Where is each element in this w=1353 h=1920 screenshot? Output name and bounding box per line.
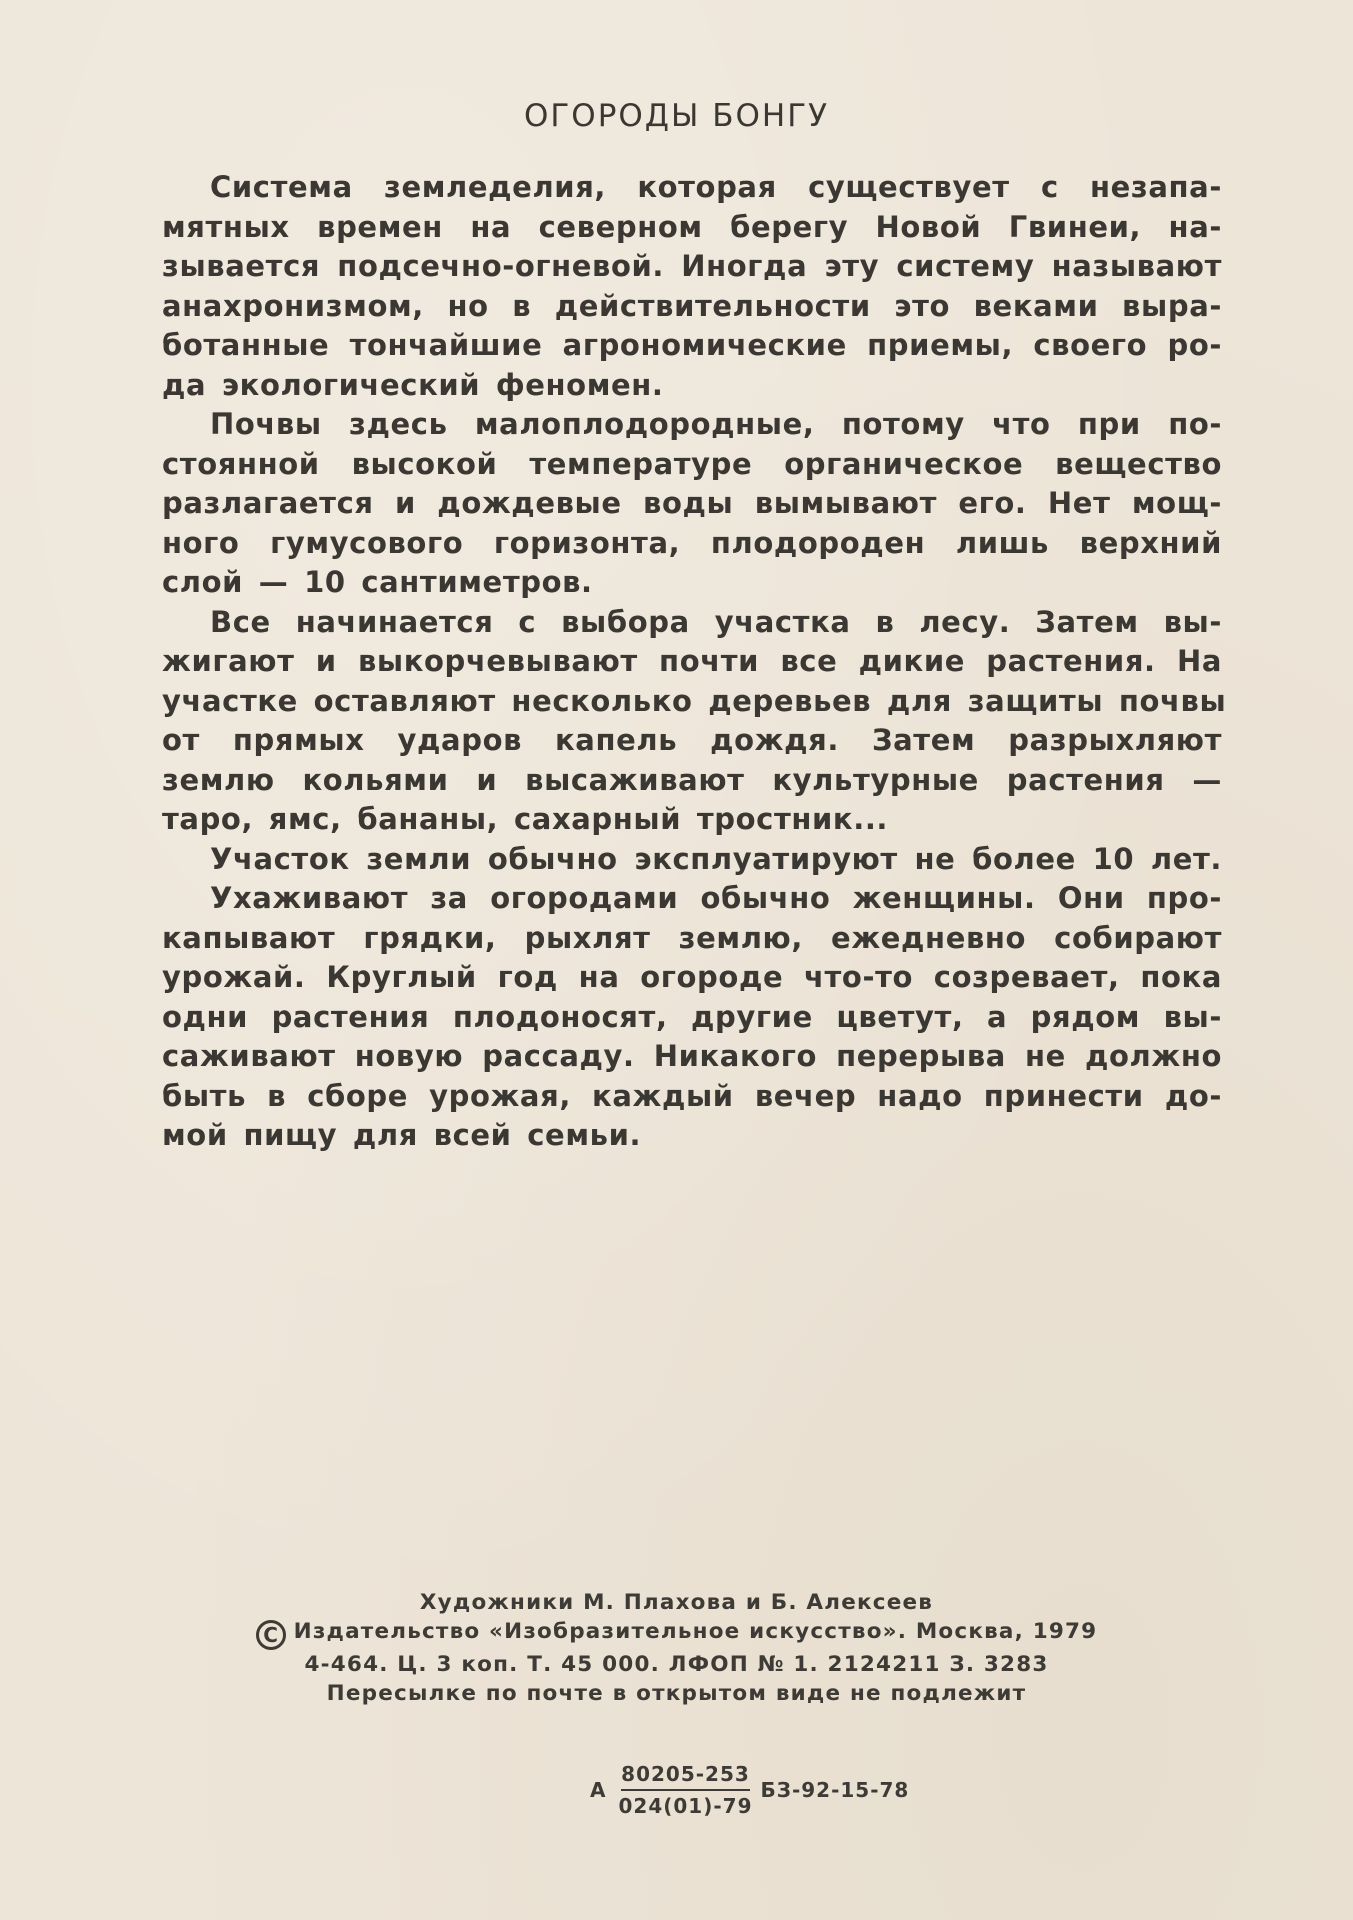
text-line: стоянной высокой температуре органическо… (162, 445, 1222, 485)
text-line: капывают грядки, рыхлят землю, ежедневно… (162, 919, 1222, 959)
index-numerator: 80205-253 (621, 1762, 750, 1791)
publisher-text: Издательство «Изобразительное искусство»… (294, 1619, 1098, 1644)
catalog-index-code: А 80205-253 024(01)-79 БЗ-92-15-78 (590, 1762, 909, 1818)
text-line: Ухаживают за огородами обычно женщины. О… (162, 879, 1222, 919)
imprint-block: Художники М. Плахова и Б. Алексеев CИзда… (0, 1588, 1353, 1708)
text-line: мятных времен на северном берегу Новой Г… (162, 208, 1222, 248)
text-line: урожай. Круглый год на огороде что-то со… (162, 958, 1222, 998)
text-line: ботанные тончайшие агрономические приемы… (162, 326, 1222, 366)
print-info: 4-464. Ц. 3 коп. Т. 45 000. ЛФОП № 1. 21… (0, 1650, 1353, 1679)
publisher-line: CИздательство «Изобразительное искусство… (0, 1617, 1353, 1650)
text-line: мой пищу для всей семьи. (162, 1116, 1222, 1156)
text-line: анахронизмом, но в действительности это … (162, 287, 1222, 327)
text-line: зывается подсечно-огневой. Иногда эту си… (162, 247, 1222, 287)
mail-notice: Пересылке по почте в открытом виде не по… (0, 1679, 1353, 1708)
text-line: Система земледелия, которая существует с… (162, 168, 1222, 208)
index-suffix: БЗ-92-15-78 (760, 1778, 909, 1802)
page-title: ОГОРОДЫ БОНГУ (0, 98, 1353, 134)
text-line: одни растения плодоносят, другие цветут,… (162, 998, 1222, 1038)
article-body: Система земледелия, которая существует с… (162, 168, 1222, 1156)
text-line: таро, ямс, бананы, сахарный тростник... (162, 800, 1222, 840)
index-prefix: А (590, 1778, 606, 1802)
text-line: участке оставляют несколько деревьев для… (162, 682, 1222, 722)
artists-credit: Художники М. Плахова и Б. Алексеев (0, 1588, 1353, 1617)
text-line: слой — 10 сантиметров. (162, 563, 1222, 603)
text-line: ного гумусового горизонта, плодороден ли… (162, 524, 1222, 564)
index-denominator: 024(01)-79 (618, 1791, 752, 1818)
text-line: Участок земли обычно эксплуатируют не бо… (162, 840, 1222, 880)
text-line: землю кольями и высаживают культурные ра… (162, 761, 1222, 801)
text-line: Все начинается с выбора участка в лесу. … (162, 603, 1222, 643)
text-line: саживают новую рассаду. Никакого перерыв… (162, 1037, 1222, 1077)
text-line: от прямых ударов капель дождя. Затем раз… (162, 721, 1222, 761)
text-line: Почвы здесь малоплодородные, потому что … (162, 405, 1222, 445)
text-line: быть в сборе урожая, каждый вечер надо п… (162, 1077, 1222, 1117)
text-line: разлагается и дождевые воды вымывают его… (162, 484, 1222, 524)
text-line: да экологический феномен. (162, 366, 1222, 406)
index-fraction: 80205-253 024(01)-79 (618, 1762, 752, 1818)
copyright-icon: C (256, 1620, 286, 1650)
postcard-back-page: ОГОРОДЫ БОНГУ Система земледелия, котора… (0, 0, 1353, 1920)
text-line: жигают и выкорчевывают почти все дикие р… (162, 642, 1222, 682)
